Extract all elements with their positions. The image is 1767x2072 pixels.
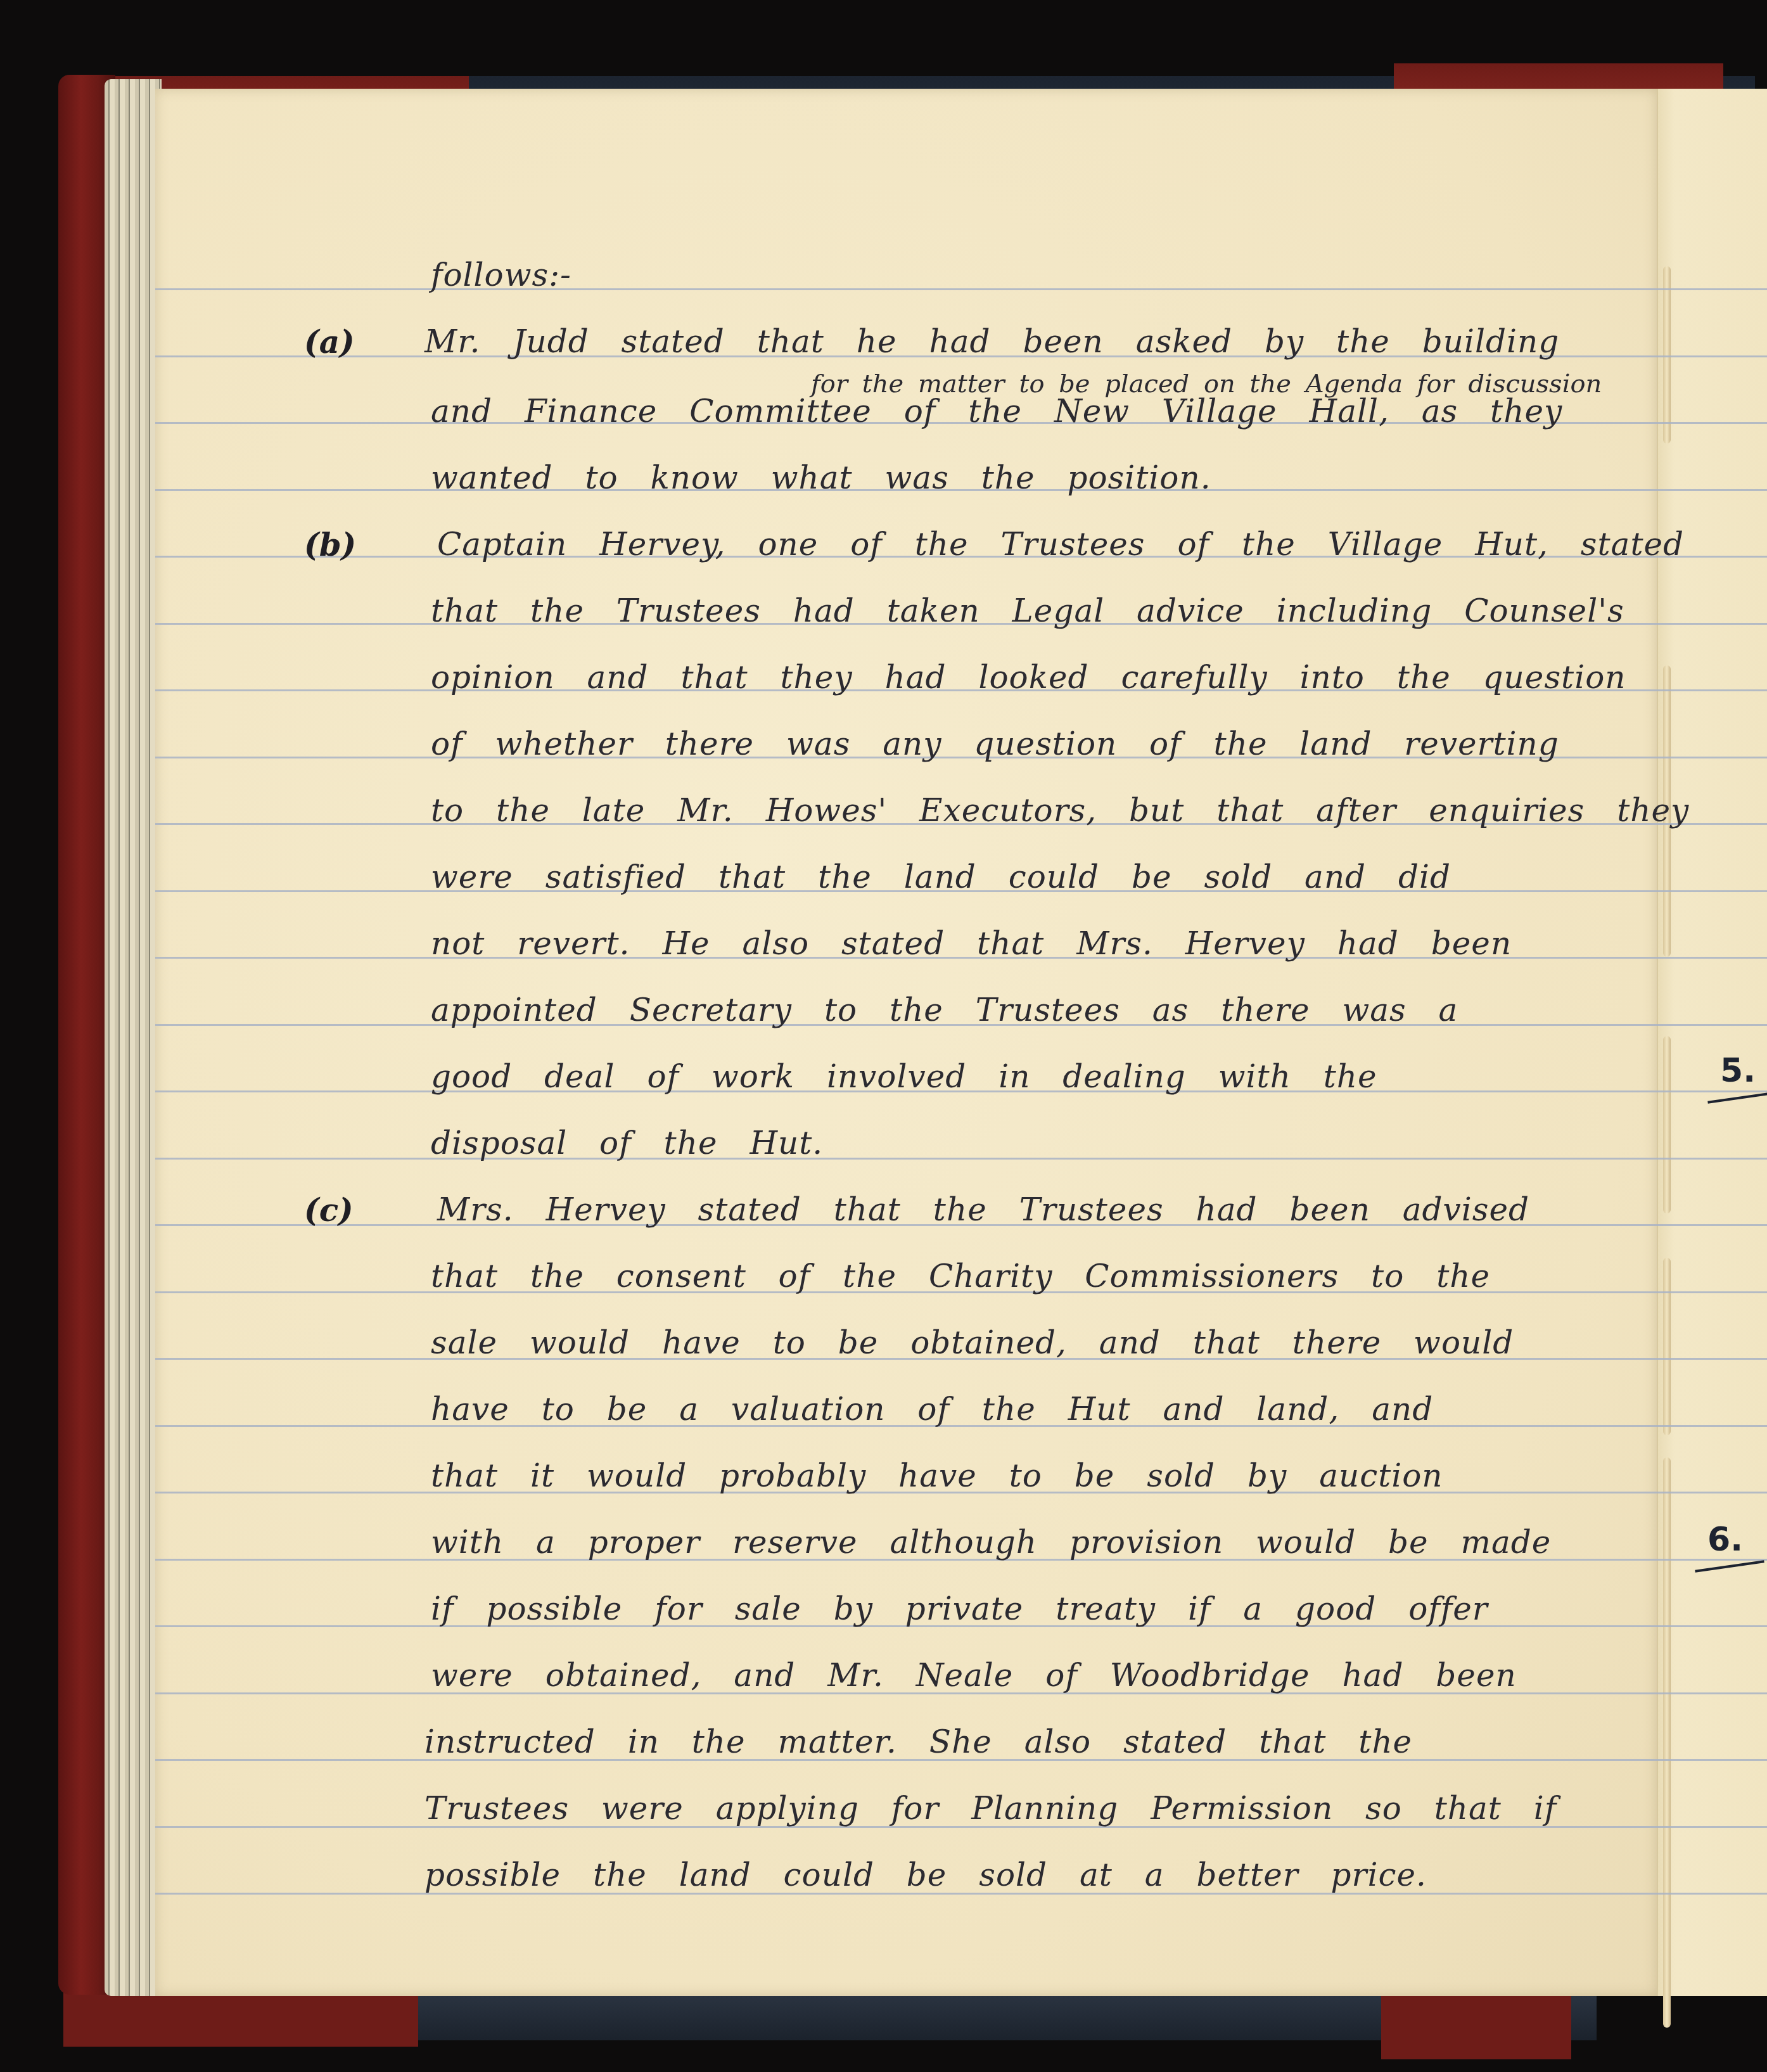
binding-stitch (1663, 1457, 1671, 2028)
item-b-line-6: were satisfied that the land could be so… (431, 859, 1451, 895)
leather-corner-bottom-right (1381, 1996, 1571, 2059)
item-label-a: (a) (304, 323, 355, 361)
item-c-line-10: Trustees were applying for Planning Perm… (424, 1790, 1557, 1827)
item-a-line-2: and Finance Committee of the New Village… (431, 393, 1562, 430)
page-edges (105, 79, 162, 1996)
item-c-line-2: that the consent of the Charity Commissi… (431, 1258, 1490, 1295)
item-a-line-3: wanted to know what was the position. (431, 459, 1211, 496)
item-b-line-5: to the late Mr. Howes' Executors, but th… (431, 792, 1689, 829)
item-c-line-11: possible the land could be sold at a bet… (424, 1857, 1427, 1893)
item-a-line-1: Mr. Judd stated that he had been asked b… (424, 323, 1559, 360)
item-label-b: (b) (304, 526, 356, 563)
item-c-line-4: have to be a valuation of the Hut and la… (431, 1391, 1433, 1428)
item-b-line-1: Captain Hervey, one of the Trustees of t… (437, 526, 1684, 563)
binding-stitch (1663, 1258, 1671, 1435)
ruled-line (155, 1158, 1767, 1160)
item-c-line-7: if possible for sale by private treaty i… (431, 1590, 1488, 1627)
item-c-line-6: with a proper reserve although provision… (431, 1524, 1551, 1561)
item-c-line-3: sale would have to be obtained, and that… (431, 1324, 1514, 1361)
item-b-line-9: good deal of work involved in dealing wi… (431, 1058, 1377, 1095)
opening-line: follows:- (431, 257, 571, 293)
margin-note-page-6: 6. (1707, 1521, 1743, 1559)
item-b-line-4: of whether there was any question of the… (431, 726, 1559, 762)
ruled-line (155, 288, 1767, 290)
item-c-line-8: were obtained, and Mr. Neale of Woodbrid… (431, 1657, 1517, 1694)
item-c-line-9: instructed in the matter. She also state… (424, 1723, 1412, 1760)
item-b-line-10: disposal of the Hut. (431, 1125, 823, 1161)
item-b-line-2: that the Trustees had taken Legal advice… (431, 592, 1624, 629)
item-b-line-3: opinion and that they had looked careful… (431, 659, 1626, 696)
item-label-c: (c) (304, 1191, 354, 1229)
item-b-line-8: appointed Secretary to the Trustees as t… (431, 992, 1458, 1028)
binding-stitch (1663, 1036, 1671, 1213)
item-c-line-1: Mrs. Hervey stated that the Trustees had… (437, 1191, 1529, 1228)
facing-page-edge (1657, 89, 1767, 1996)
leather-corner-bottom-left (63, 1990, 418, 2047)
item-c-line-5: that it would probably have to be sold b… (431, 1457, 1443, 1494)
margin-note-page-5: 5. (1720, 1052, 1756, 1090)
item-b-line-7: not revert. He also stated that Mrs. Her… (431, 925, 1512, 962)
